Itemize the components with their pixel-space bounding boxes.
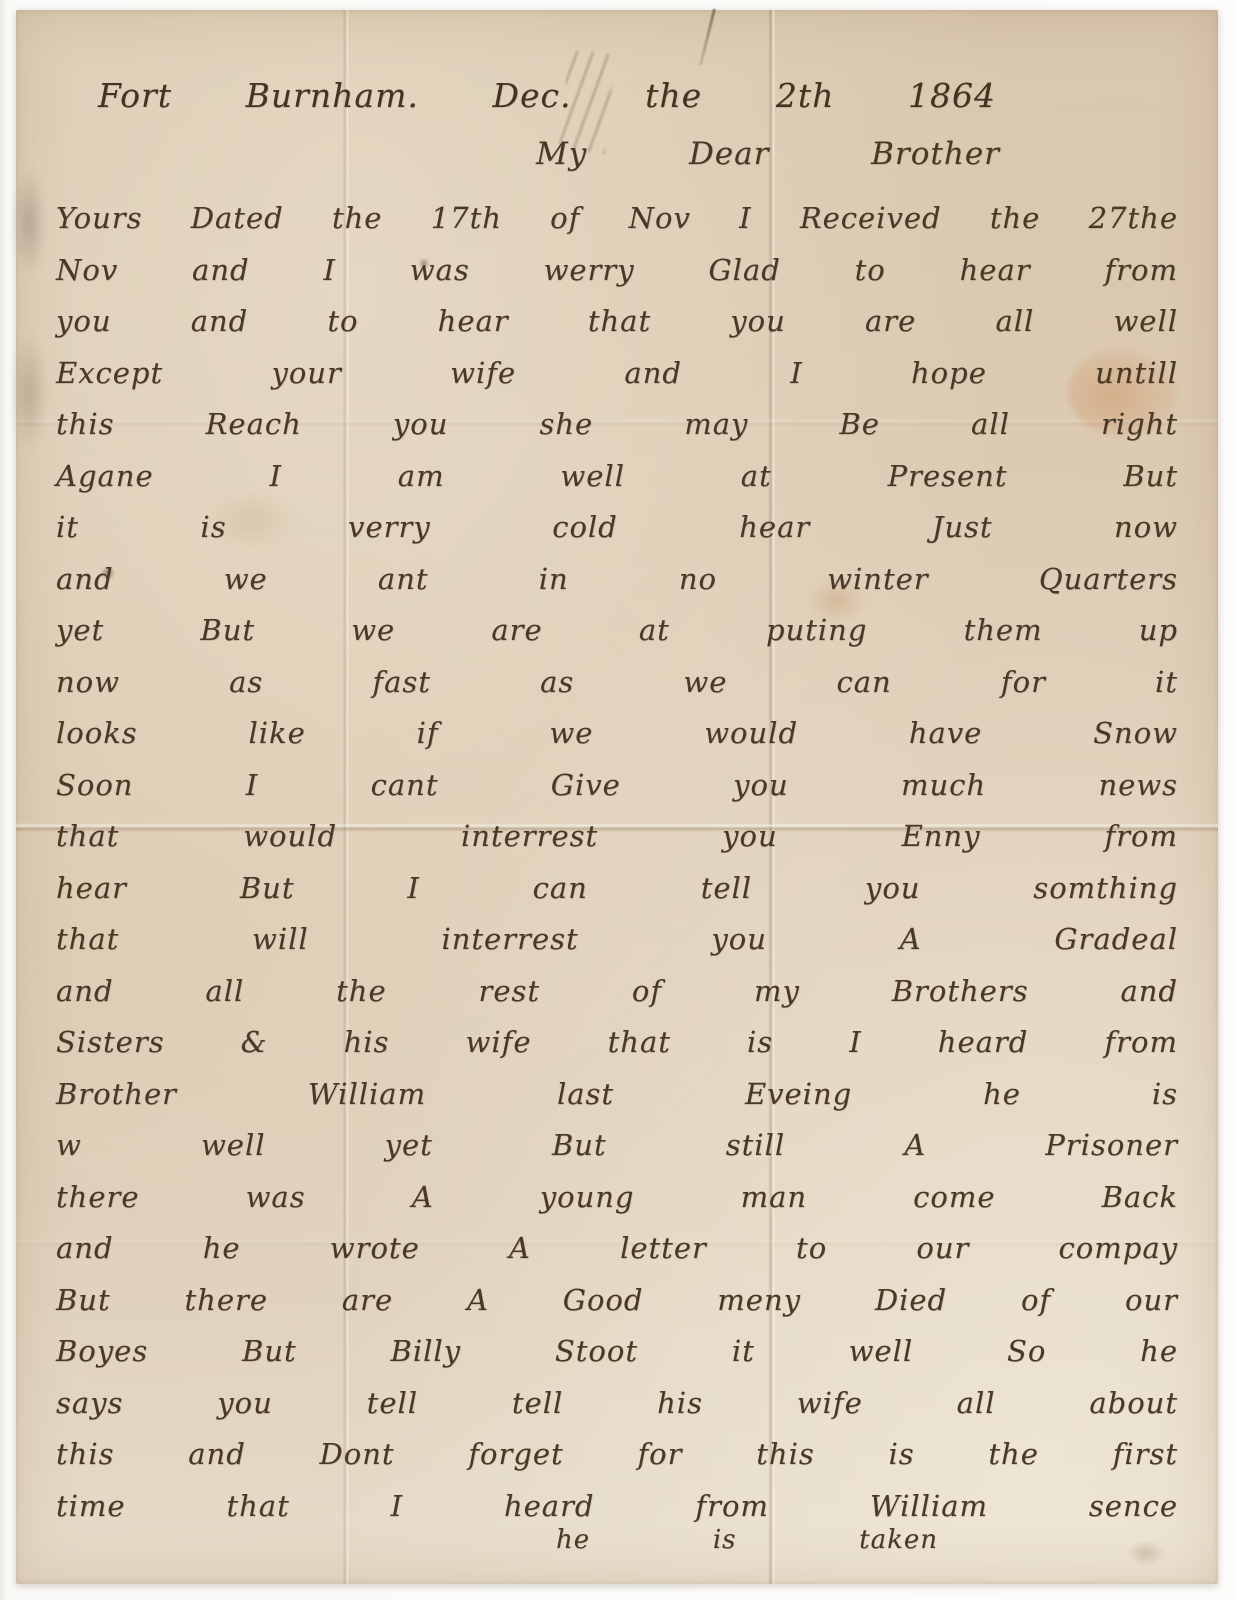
letter-postscript: he is taken xyxy=(556,1525,938,1555)
letter-line: says you tell tell his wife all about xyxy=(56,1379,1178,1431)
letter-line: But there are A Good meny Died of our xyxy=(56,1276,1178,1328)
letter-line: this and Dont forget for this is the fir… xyxy=(56,1430,1178,1482)
letter-line: Nov and I was werry Glad to hear from xyxy=(56,246,1178,298)
letter-heading: Fort Burnham. Dec. the 2th 1864 xyxy=(56,76,1178,136)
letter-line: Agane I am well at Present But xyxy=(56,452,1178,504)
letter-salutation: My Dear Brother xyxy=(536,136,1000,194)
letter-line: it is verry cold hear Just now xyxy=(56,503,1178,555)
letter-line: now as fast as we can for it xyxy=(56,658,1178,710)
letter-line: Sisters & his wife that is I heard from xyxy=(56,1018,1178,1070)
letter-line: that will interrest you A Gradeal xyxy=(56,915,1178,967)
edge-smudge-stain xyxy=(12,168,46,278)
letter-content: Fort Burnham. Dec. the 2th 1864 My Dear … xyxy=(56,76,1178,1555)
letter-line: and all the rest of my Brothers and xyxy=(56,967,1178,1019)
letter-line: w well yet But still A Prisoner xyxy=(56,1121,1178,1173)
letter-line: looks like if we would have Snow xyxy=(56,709,1178,761)
edge-smudge-stain xyxy=(10,332,48,452)
letter-paper: Fort Burnham. Dec. the 2th 1864 My Dear … xyxy=(16,10,1218,1584)
letter-line: this Reach you she may Be all right xyxy=(56,400,1178,452)
letter-line: yet But we are at puting them up xyxy=(56,606,1178,658)
paper-tear-mark xyxy=(699,8,716,65)
letter-line: and he wrote A letter to our compay xyxy=(56,1224,1178,1276)
letter-line: Boyes But Billy Stoot it well So he xyxy=(56,1327,1178,1379)
letter-line: and we ant in no winter Quarters xyxy=(56,555,1178,607)
letter-line: that would interrest you Enny from xyxy=(56,812,1178,864)
letter-line: you and to hear that you are all well xyxy=(56,297,1178,349)
letter-line: there was A young man come Back xyxy=(56,1173,1178,1225)
letter-line: Soon I cant Give you much news xyxy=(56,761,1178,813)
letter-line: hear But I can tell you somthing xyxy=(56,864,1178,916)
letter-line: Yours Dated the 17th of Nov I Received t… xyxy=(56,194,1178,246)
scan-background: { "document": { "type": "handwritten-let… xyxy=(0,0,1236,1600)
letter-line: Except your wife and I hope untill xyxy=(56,349,1178,401)
letter-line: Brother William last Eveing he is xyxy=(56,1070,1178,1122)
